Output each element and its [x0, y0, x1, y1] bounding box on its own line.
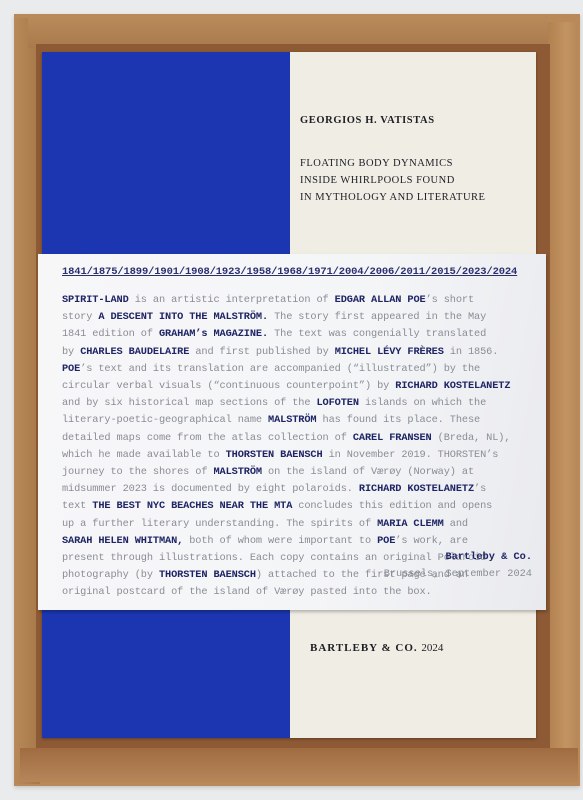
book-title: FLOATING BODY DYNAMICS INSIDE WHIRLPOOLS…	[300, 155, 485, 206]
emphasized-name: RICHARD KOSTELANETZ	[395, 380, 510, 392]
insert-card: 1841/1875/1899/1901/1908/1923/1958/1968/…	[38, 254, 546, 610]
card-text-line: by CHARLES BAUDELAIRE and first publishe…	[62, 344, 532, 361]
signature-block: Bartleby & Co. Brussels, September 2024	[384, 549, 532, 583]
text-segment: original postcard of the island of Værøy…	[62, 586, 432, 598]
text-segment: 1841 edition of	[62, 328, 159, 340]
text-segment: photography (by	[62, 569, 159, 581]
title-line: FLOATING BODY DYNAMICS	[300, 155, 485, 172]
card-text-line: SPIRIT-LAND is an artistic interpretatio…	[62, 292, 532, 309]
text-segment: literary-poetic-geographical name	[62, 414, 268, 426]
text-segment: has found its place. These	[317, 414, 481, 426]
box-bottom-wall	[20, 748, 578, 782]
emphasized-name: POE	[377, 535, 395, 547]
card-text-line: text THE BEST NYC BEACHES NEAR THE MTA c…	[62, 498, 532, 515]
text-segment: is an artistic interpretation of	[129, 294, 335, 306]
emphasized-name: MALSTRÖM	[268, 414, 316, 426]
text-segment: ’s text and its translation are accompan…	[80, 363, 480, 375]
title-line: IN MYTHOLOGY AND LITERATURE	[300, 189, 485, 206]
text-segment: The story first appeared in the May	[268, 311, 486, 323]
text-segment: and	[444, 518, 468, 530]
text-segment: by	[62, 346, 80, 358]
publisher-imprint: BARTLEBY & CO. 2024	[310, 642, 443, 654]
emphasized-name: MALSTRÖM	[213, 466, 261, 478]
emphasized-name: RICHARD KOSTELANETZ	[359, 483, 474, 495]
text-segment: in November 2019. THORSTEN’s	[323, 449, 499, 461]
text-segment: journey to the shores of	[62, 466, 213, 478]
card-text-line: circular verbal visuals (“continuous cou…	[62, 378, 532, 395]
text-segment: which he made available to	[62, 449, 226, 461]
text-segment: story	[62, 311, 98, 323]
text-segment: concludes this edition and opens	[292, 500, 492, 512]
box-right-wall	[548, 22, 578, 782]
text-segment: and by six historical map sections of th…	[62, 397, 316, 409]
emphasized-name: THORSTEN BAENSCH	[226, 449, 323, 461]
card-text-line: 1841 edition of GRAHAM’s MAGAZINE. The t…	[62, 326, 532, 343]
card-text-line: journey to the shores of MALSTRÖM on the…	[62, 464, 532, 481]
emphasized-name: SARAH HELEN WHITMAN,	[62, 535, 183, 547]
text-segment: detailed maps come from the atlas collec…	[62, 432, 353, 444]
publication-year: 2024	[421, 642, 443, 654]
emphasized-name: LOFOTEN	[316, 397, 358, 409]
years-header: 1841/1875/1899/1901/1908/1923/1958/1968/…	[62, 266, 517, 278]
card-text-line: which he made available to THORSTEN BAEN…	[62, 447, 532, 464]
text-segment: (Breda, NL),	[432, 432, 511, 444]
emphasized-name: EDGAR ALLAN POE	[335, 294, 426, 306]
card-text-line: and by six historical map sections of th…	[62, 395, 532, 412]
card-text-line: SARAH HELEN WHITMAN, both of whom were i…	[62, 533, 532, 550]
card-text-line: detailed maps come from the atlas collec…	[62, 430, 532, 447]
emphasized-name: POE	[62, 363, 80, 375]
emphasized-name: THE BEST NYC BEACHES NEAR THE MTA	[92, 500, 292, 512]
emphasized-name: CHARLES BAUDELAIRE	[80, 346, 189, 358]
signature-publisher: Bartleby & Co.	[384, 549, 532, 566]
emphasized-name: A DESCENT INTO THE MALSTRÖM.	[98, 311, 268, 323]
emphasized-name: MICHEL LÉVY FRÈRES	[335, 346, 444, 358]
text-segment: and first published by	[189, 346, 334, 358]
card-text-line: midsummer 2023 is documented by eight po…	[62, 481, 532, 498]
card-text-line: up a further literary understanding. The…	[62, 516, 532, 533]
card-text-line: story A DESCENT INTO THE MALSTRÖM. The s…	[62, 309, 532, 326]
text-segment: on the island of Værøy (Norway) at	[262, 466, 474, 478]
card-text-line: literary-poetic-geographical name MALSTR…	[62, 412, 532, 429]
emphasized-name: GRAHAM’s MAGAZINE.	[159, 328, 268, 340]
text-segment: The text was congenially translated	[268, 328, 486, 340]
text-segment: both of whom were important to	[183, 535, 377, 547]
text-segment: in 1856.	[444, 346, 499, 358]
text-segment: circular verbal visuals (“continuous cou…	[62, 380, 395, 392]
card-text-line: original postcard of the island of Værøy…	[62, 584, 532, 601]
text-segment: ’s	[474, 483, 486, 495]
publisher-name: BARTLEBY & CO.	[310, 642, 418, 654]
text-segment: text	[62, 500, 92, 512]
card-text-line: POE’s text and its translation are accom…	[62, 361, 532, 378]
emphasized-name: MARIA CLEMM	[377, 518, 444, 530]
text-segment: up a further literary understanding. The…	[62, 518, 377, 530]
emphasized-name: SPIRIT-LAND	[62, 294, 129, 306]
emphasized-name: CAREL FRANSEN	[353, 432, 432, 444]
text-segment: midsummer 2023 is documented by eight po…	[62, 483, 359, 495]
text-segment: ’s short	[426, 294, 474, 306]
text-segment: islands on which the	[359, 397, 486, 409]
signature-place-date: Brussels, September 2024	[384, 566, 532, 583]
emphasized-name: THORSTEN BAENSCH	[159, 569, 256, 581]
text-segment: ’s work, are	[395, 535, 468, 547]
title-line: INSIDE WHIRLPOOLS FOUND	[300, 172, 485, 189]
author-name: GEORGIOS H. VATISTAS	[300, 115, 435, 126]
